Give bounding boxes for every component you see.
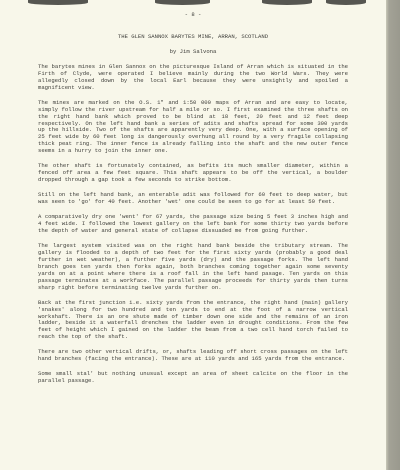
paragraph: There are two other vertical drifts, or,… bbox=[38, 349, 348, 363]
paragraph: The mines are marked on the O.S. 1" and … bbox=[38, 100, 348, 156]
binding-shadow bbox=[155, 0, 210, 5]
paragraph: A comparatively dry one 'went' for 67 ya… bbox=[38, 214, 348, 235]
paragraph: Some small stal' but nothing unusual exc… bbox=[38, 371, 348, 385]
binding-shadow bbox=[326, 0, 366, 5]
article-byline: by Jim Salvona bbox=[38, 49, 348, 56]
paragraph: Back at the first junction i.e. sixty ya… bbox=[38, 300, 348, 342]
paragraph: Still on the left hand bank, an enterabl… bbox=[38, 192, 348, 206]
paragraph: The other shaft is fortunately contained… bbox=[38, 163, 348, 184]
page-number: - 8 - bbox=[38, 12, 348, 19]
document-page: - 8 - THE GLEN SANNOX BARYTES MINE, ARRA… bbox=[0, 0, 386, 470]
paragraph: The barytes mines in Glen Sannox on the … bbox=[38, 64, 348, 92]
binding-shadow bbox=[28, 0, 88, 5]
article-title: THE GLEN SANNOX BARYTES MINE, ARRAN, SCO… bbox=[38, 34, 348, 41]
page-edge bbox=[386, 0, 400, 470]
paragraph: The largest system visited was on the ri… bbox=[38, 243, 348, 292]
document-body: - 8 - THE GLEN SANNOX BARYTES MINE, ARRA… bbox=[38, 12, 348, 393]
binding-shadow bbox=[262, 0, 312, 5]
